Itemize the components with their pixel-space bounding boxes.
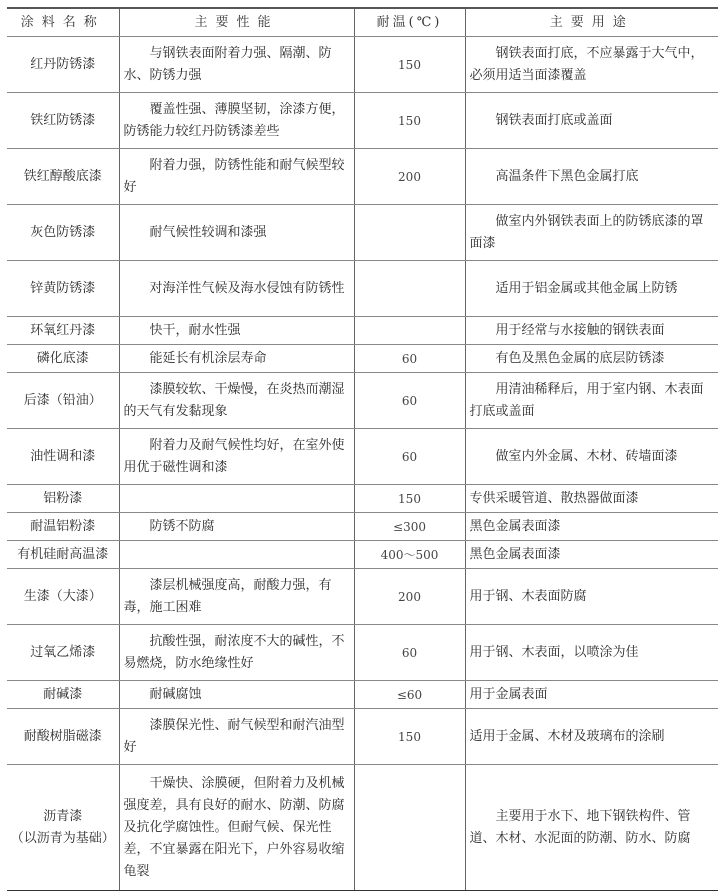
table-row: 过氧乙烯漆 抗酸性强，耐浓度不大的碱性，不易燃烧，防水绝缘性好 60 用于钢、木… [7, 625, 718, 681]
cell-paint-name: 铝粉漆 [7, 485, 119, 513]
cell-usage: 用于钢、木表面，以喷涂为佳 [465, 625, 718, 681]
paint-properties-table: 涂料名称 主要性能 耐温(℃) 主要用途 红丹防锈漆 与钢铁表面附着力强、隔潮、… [7, 7, 718, 891]
cell-temperature [354, 261, 465, 317]
cell-properties: 干燥快、涂膜硬，但附着力及机械强度差，具有良好的耐水、防潮、防腐及抗化学腐蚀性。… [119, 765, 354, 891]
cell-usage: 高温条件下黑色金属打底 [465, 149, 718, 205]
cell-properties: 能延长有机涂层寿命 [119, 345, 354, 373]
cell-temperature: 60 [354, 373, 465, 429]
cell-usage: 用于经常与水接触的钢铁表面 [465, 317, 718, 345]
cell-paint-name: 耐温铝粉漆 [7, 513, 119, 541]
paint-name-main: 沥青漆 [9, 806, 117, 828]
cell-usage: 有色及黑色金属的底层防锈漆 [465, 345, 718, 373]
table-row: 铁红防锈漆 覆盖性强、薄膜坚韧，涂漆方便，防锈能力较红丹防锈漆差些 150 钢铁… [7, 93, 718, 149]
table-row: 生漆（大漆） 漆层机械强度高，耐酸力强，有毒，施工困难 200 用于钢、木表面防… [7, 569, 718, 625]
cell-paint-name: 灰色防锈漆 [7, 205, 119, 261]
cell-usage: 专供采暖管道、散热器做面漆 [465, 485, 718, 513]
cell-paint-name: 锌黄防锈漆 [7, 261, 119, 317]
table-row: 耐酸树脂磁漆 漆膜保光性、耐气候型和耐汽油型好 150 适用于金属、木材及玻璃布… [7, 709, 718, 765]
cell-properties: 耐碱腐蚀 [119, 681, 354, 709]
cell-paint-name: 沥青漆 （以沥青为基础） [7, 765, 119, 891]
cell-usage: 黑色金属表面漆 [465, 541, 718, 569]
cell-temperature: 150 [354, 37, 465, 93]
header-main-properties: 主要性能 [119, 8, 354, 37]
cell-paint-name: 有机硅耐高温漆 [7, 541, 119, 569]
cell-usage: 黑色金属表面漆 [465, 513, 718, 541]
table-row: 沥青漆 （以沥青为基础） 干燥快、涂膜硬，但附着力及机械强度差，具有良好的耐水、… [7, 765, 718, 891]
cell-usage: 做室内外钢铁表面上的防锈底漆的罩面漆 [465, 205, 718, 261]
header-main-usage: 主要用途 [465, 8, 718, 37]
cell-temperature: 200 [354, 569, 465, 625]
cell-temperature [354, 317, 465, 345]
cell-usage: 钢铁表面打底，不应暴露于大气中，必须用适当面漆覆盖 [465, 37, 718, 93]
cell-temperature: ≤300 [354, 513, 465, 541]
cell-temperature: 400～500 [354, 541, 465, 569]
cell-properties: 附着力及耐气候性均好，在室外使用优于磁性调和漆 [119, 429, 354, 485]
cell-usage: 用于金属表面 [465, 681, 718, 709]
table-row: 后漆（铅油） 漆膜较软、干燥慢，在炎热而潮湿的天气有发黏现象 60 用清油稀释后… [7, 373, 718, 429]
cell-temperature: 200 [354, 149, 465, 205]
cell-properties: 漆层机械强度高，耐酸力强，有毒，施工困难 [119, 569, 354, 625]
cell-properties: 漆膜保光性、耐气候型和耐汽油型好 [119, 709, 354, 765]
cell-temperature [354, 205, 465, 261]
cell-properties [119, 541, 354, 569]
cell-paint-name: 耐酸树脂磁漆 [7, 709, 119, 765]
header-temperature-resistance: 耐温(℃) [354, 8, 465, 37]
cell-paint-name: 过氧乙烯漆 [7, 625, 119, 681]
cell-temperature: 60 [354, 429, 465, 485]
cell-properties: 快干，耐水性强 [119, 317, 354, 345]
cell-temperature: ≤60 [354, 681, 465, 709]
cell-properties: 耐气候性较调和漆强 [119, 205, 354, 261]
cell-paint-name: 耐碱漆 [7, 681, 119, 709]
cell-usage: 适用于金属、木材及玻璃布的涂刷 [465, 709, 718, 765]
table-row: 铝粉漆 150 专供采暖管道、散热器做面漆 [7, 485, 718, 513]
cell-usage: 用于钢、木表面防腐 [465, 569, 718, 625]
cell-temperature: 60 [354, 345, 465, 373]
cell-properties: 抗酸性强，耐浓度不大的碱性，不易燃烧，防水绝缘性好 [119, 625, 354, 681]
table-row: 锌黄防锈漆 对海洋性气候及海水侵蚀有防锈性 适用于铝金属或其他金属上防锈 [7, 261, 718, 317]
table-row: 耐温铝粉漆 防锈不防腐 ≤300 黑色金属表面漆 [7, 513, 718, 541]
table-header-row: 涂料名称 主要性能 耐温(℃) 主要用途 [7, 8, 718, 37]
cell-paint-name: 铁红醇酸底漆 [7, 149, 119, 205]
cell-paint-name: 磷化底漆 [7, 345, 119, 373]
cell-temperature: 150 [354, 485, 465, 513]
cell-paint-name: 环氧红丹漆 [7, 317, 119, 345]
cell-properties: 附着力强，防锈性能和耐气候型较好 [119, 149, 354, 205]
cell-temperature [354, 765, 465, 891]
cell-usage: 用清油稀释后，用于室内钢、木表面打底或盖面 [465, 373, 718, 429]
cell-paint-name: 铁红防锈漆 [7, 93, 119, 149]
header-paint-name: 涂料名称 [7, 8, 119, 37]
cell-properties: 对海洋性气候及海水侵蚀有防锈性 [119, 261, 354, 317]
cell-paint-name: 生漆（大漆） [7, 569, 119, 625]
table-row: 耐碱漆 耐碱腐蚀 ≤60 用于金属表面 [7, 681, 718, 709]
table-row: 铁红醇酸底漆 附着力强，防锈性能和耐气候型较好 200 高温条件下黑色金属打底 [7, 149, 718, 205]
cell-usage: 做室内外金属、木材、砖墙面漆 [465, 429, 718, 485]
cell-usage: 适用于铝金属或其他金属上防锈 [465, 261, 718, 317]
cell-usage: 主要用于水下、地下钢铁构件、管道、木材、水泥面的防潮、防水、防腐 [465, 765, 718, 891]
cell-properties: 防锈不防腐 [119, 513, 354, 541]
cell-paint-name: 油性调和漆 [7, 429, 119, 485]
table-row: 磷化底漆 能延长有机涂层寿命 60 有色及黑色金属的底层防锈漆 [7, 345, 718, 373]
paint-properties-table-container: 涂料名称 主要性能 耐温(℃) 主要用途 红丹防锈漆 与钢铁表面附着力强、隔潮、… [7, 7, 718, 891]
cell-properties: 覆盖性强、薄膜坚韧，涂漆方便，防锈能力较红丹防锈漆差些 [119, 93, 354, 149]
cell-temperature: 60 [354, 625, 465, 681]
table-row: 环氧红丹漆 快干，耐水性强 用于经常与水接触的钢铁表面 [7, 317, 718, 345]
cell-temperature: 150 [354, 709, 465, 765]
table-row: 灰色防锈漆 耐气候性较调和漆强 做室内外钢铁表面上的防锈底漆的罩面漆 [7, 205, 718, 261]
cell-properties [119, 485, 354, 513]
cell-properties: 漆膜较软、干燥慢，在炎热而潮湿的天气有发黏现象 [119, 373, 354, 429]
table-row: 红丹防锈漆 与钢铁表面附着力强、隔潮、防水、防锈力强 150 钢铁表面打底，不应… [7, 37, 718, 93]
table-row: 有机硅耐高温漆 400～500 黑色金属表面漆 [7, 541, 718, 569]
cell-temperature: 150 [354, 93, 465, 149]
cell-properties: 与钢铁表面附着力强、隔潮、防水、防锈力强 [119, 37, 354, 93]
table-row: 油性调和漆 附着力及耐气候性均好，在室外使用优于磁性调和漆 60 做室内外金属、… [7, 429, 718, 485]
cell-paint-name: 后漆（铅油） [7, 373, 119, 429]
paint-name-sub: （以沥青为基础） [9, 828, 117, 850]
cell-paint-name: 红丹防锈漆 [7, 37, 119, 93]
cell-usage: 钢铁表面打底或盖面 [465, 93, 718, 149]
